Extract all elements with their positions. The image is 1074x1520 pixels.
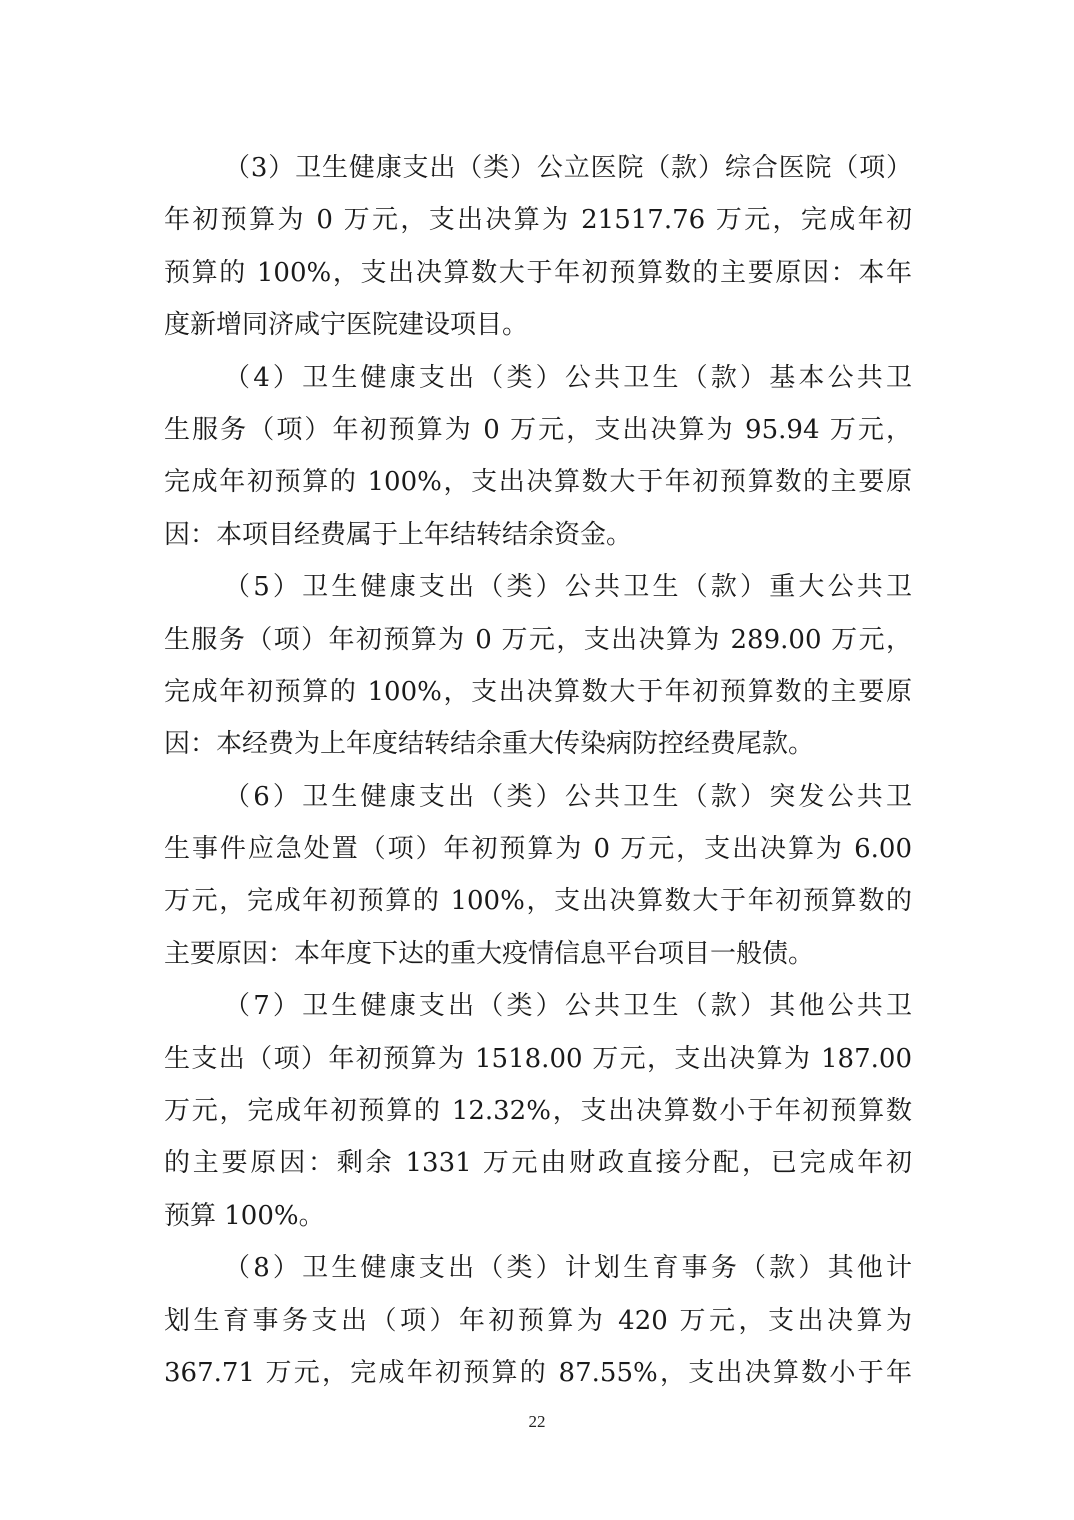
- text-line: 划生育事务支出（项）年初预算为 420 万元，支出决算为: [164, 1295, 912, 1347]
- paragraph-item-5: （5）卫生健康支出（类）公共卫生（款）重大公共卫 生服务（项）年初预算为 0 万…: [164, 561, 912, 771]
- page-number: 22: [0, 1412, 1074, 1432]
- paragraph-item-7: （7）卫生健康支出（类）公共卫生（款）其他公共卫 生支出（项）年初预算为 151…: [164, 980, 912, 1242]
- text-line: 完成年初预算的 100%，支出决算数大于年初预算数的主要原: [164, 666, 912, 718]
- text-line: （8）卫生健康支出（类）计划生育事务（款）其他计: [164, 1242, 912, 1294]
- text-line: （5）卫生健康支出（类）公共卫生（款）重大公共卫: [164, 561, 912, 613]
- text-line: （7）卫生健康支出（类）公共卫生（款）其他公共卫: [164, 980, 912, 1032]
- text-line: 生支出（项）年初预算为 1518.00 万元，支出决算为 187.00: [164, 1033, 912, 1085]
- text-line: 因：本项目经费属于上年结转结余资金。: [164, 509, 912, 561]
- text-line: （6）卫生健康支出（类）公共卫生（款）突发公共卫: [164, 771, 912, 823]
- text-line: 预算的 100%，支出决算数大于年初预算数的主要原因：本年: [164, 247, 912, 299]
- text-line: 生事件应急处置（项）年初预算为 0 万元，支出决算为 6.00: [164, 823, 912, 875]
- text-line: 万元，完成年初预算的 100%，支出决算数大于年初预算数的: [164, 875, 912, 927]
- text-line: 367.71 万元，完成年初预算的 87.55%，支出决算数小于年: [164, 1347, 912, 1399]
- text-line: 生服务（项）年初预算为 0 万元，支出决算为 95.94 万元，: [164, 404, 912, 456]
- text-line: 完成年初预算的 100%，支出决算数大于年初预算数的主要原: [164, 456, 912, 508]
- text-line: （3）卫生健康支出（类）公立医院（款）综合医院（项）: [164, 142, 912, 194]
- text-line: 万元，完成年初预算的 12.32%，支出决算数小于年初预算数: [164, 1085, 912, 1137]
- text-line: 度新增同济咸宁医院建设项目。: [164, 299, 912, 351]
- paragraph-item-6: （6）卫生健康支出（类）公共卫生（款）突发公共卫 生事件应急处置（项）年初预算为…: [164, 771, 912, 981]
- paragraph-item-4: （4）卫生健康支出（类）公共卫生（款）基本公共卫 生服务（项）年初预算为 0 万…: [164, 352, 912, 562]
- paragraph-item-3: （3）卫生健康支出（类）公立医院（款）综合医院（项） 年初预算为 0 万元，支出…: [164, 142, 912, 352]
- text-line: 的主要原因：剩余 1331 万元由财政直接分配，已完成年初: [164, 1137, 912, 1189]
- text-line: 因：本经费为上年度结转结余重大传染病防控经费尾款。: [164, 718, 912, 770]
- document-body: （3）卫生健康支出（类）公立医院（款）综合医院（项） 年初预算为 0 万元，支出…: [164, 142, 912, 1399]
- text-line: 预算 100%。: [164, 1190, 912, 1242]
- paragraph-item-8: （8）卫生健康支出（类）计划生育事务（款）其他计 划生育事务支出（项）年初预算为…: [164, 1242, 912, 1399]
- document-page: （3）卫生健康支出（类）公立医院（款）综合医院（项） 年初预算为 0 万元，支出…: [0, 0, 1074, 1520]
- text-line: 生服务（项）年初预算为 0 万元，支出决算为 289.00 万元，: [164, 614, 912, 666]
- text-line: 主要原因：本年度下达的重大疫情信息平台项目一般债。: [164, 928, 912, 980]
- text-line: （4）卫生健康支出（类）公共卫生（款）基本公共卫: [164, 352, 912, 404]
- text-line: 年初预算为 0 万元，支出决算为 21517.76 万元，完成年初: [164, 194, 912, 246]
